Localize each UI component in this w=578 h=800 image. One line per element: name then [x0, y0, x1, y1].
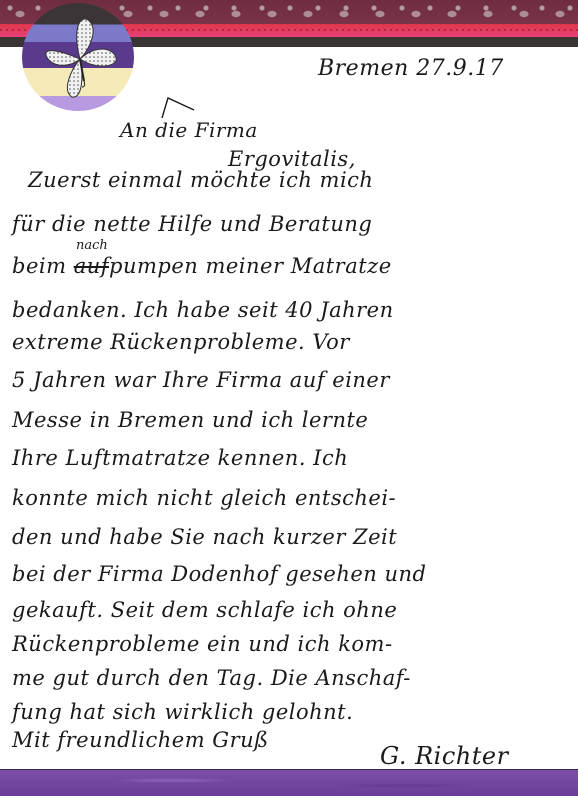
letter-line: konnte mich nicht gleich entschei-: [12, 486, 396, 510]
letter-line: bei der Firma Dodenhof gesehen und: [12, 562, 427, 586]
letter-line: fung hat sich wirklich gelohnt.: [12, 700, 353, 724]
letter-line: Rückenprobleme ein und ich kom-: [12, 632, 393, 656]
letter-line: bedanken. Ich habe seit 40 Jahren: [12, 298, 394, 322]
signature: G. Richter: [380, 742, 509, 770]
inserted-word: nach: [76, 238, 108, 253]
letter-line: Zuerst einmal möchte ich mich: [28, 168, 373, 192]
struck-word: auf: [74, 254, 109, 278]
letter-line: gekauft. Seit dem schlafe ich ohne: [12, 598, 397, 622]
closing: Mit freundlichem Gruß: [12, 728, 269, 752]
bottom-decorative-border: [0, 770, 578, 796]
line-start: beim: [12, 254, 74, 278]
line-rest: pumpen meiner Matratze: [109, 254, 392, 278]
letter-body: Bremen 27.9.17 An die Firma Ergovitalis,…: [0, 0, 578, 800]
letter-line: Messe in Bremen und ich lernte: [12, 408, 368, 432]
letter-line: Ihre Luftmatratze kennen. Ich: [12, 446, 348, 470]
letter-line: 5 Jahren war Ihre Firma auf einer: [12, 368, 390, 392]
letter-line: beim aufpumpen meiner Matratze: [12, 254, 392, 278]
salutation: An die Firma: [120, 118, 258, 142]
letter-line: den und habe Sie nach kurzer Zeit: [12, 525, 397, 549]
insertion-caret-mark: [158, 96, 198, 118]
letter-line: me gut durch den Tag. Die Anschaf-: [12, 666, 411, 690]
place-date: Bremen 27.9.17: [318, 56, 504, 81]
letter-line: extreme Rückenprobleme. Vor: [12, 330, 350, 354]
letter-line: für die nette Hilfe und Beratung: [12, 212, 372, 236]
